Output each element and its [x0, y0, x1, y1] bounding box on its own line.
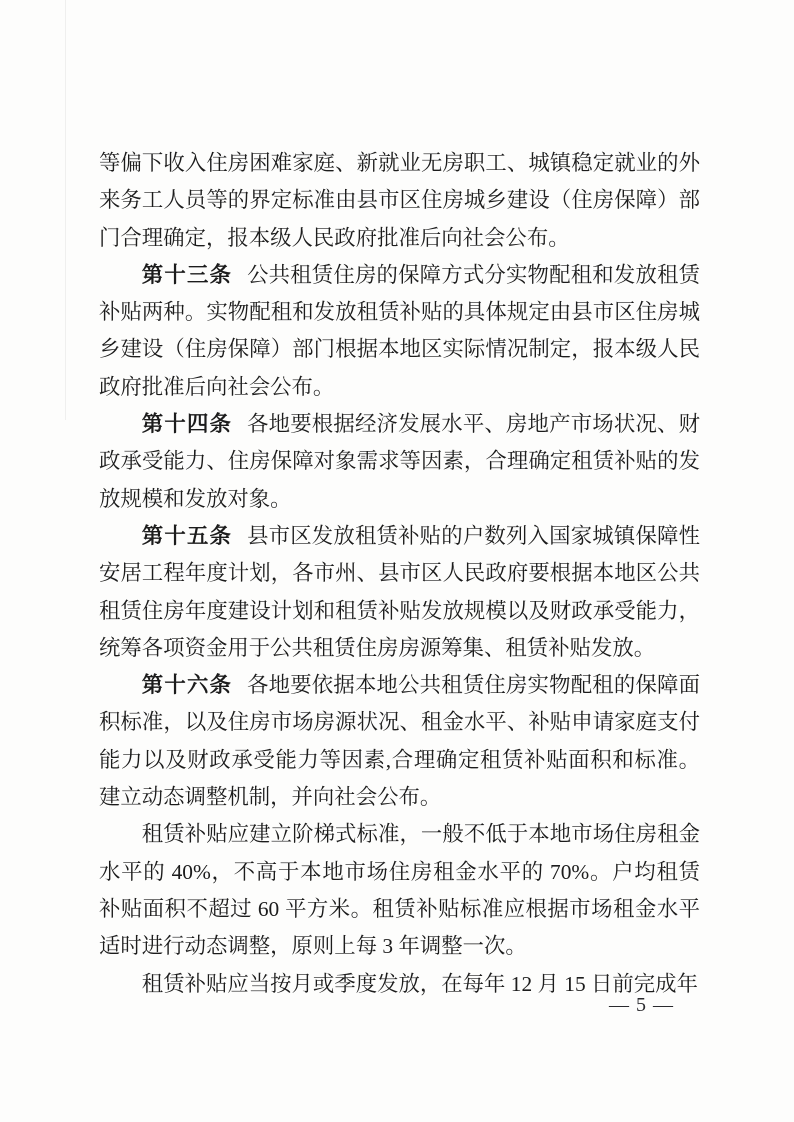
paragraph-text: 租赁补贴应建立阶梯式标准，一般不低于本地市场住房租金水平的 40%，不高于本地市…: [99, 822, 700, 958]
page-number: — 5 —: [609, 994, 674, 1017]
paragraph-continuation: 等偏下收入住房困难家庭、新就业无房职工、城镇稳定就业的外来务工人员等的界定标准由…: [99, 145, 700, 257]
paragraph-article-15: 第十五条县市区发放租赁补贴的户数列入国家城镇保障性安居工程年度计划，各市州、县市…: [99, 518, 700, 667]
document-body: 等偏下收入住房困难家庭、新就业无房职工、城镇稳定就业的外来务工人员等的界定标准由…: [99, 145, 700, 1003]
paragraph-subsidy-standard: 租赁补贴应建立阶梯式标准，一般不低于本地市场住房租金水平的 40%，不高于本地市…: [99, 816, 700, 965]
scan-edge-artifact: [65, 0, 66, 420]
article-16-label: 第十六条: [142, 673, 232, 697]
paragraph-article-13: 第十三条公共租赁住房的保障方式分实物配租和发放租赁补贴两种。实物配租和发放租赁补…: [99, 257, 700, 406]
paragraph-article-16: 第十六条各地要依据本地公共租赁住房实物配租的保障面积标准，以及住房市场房源状况、…: [99, 667, 700, 816]
paragraph-article-14: 第十四条各地要根据经济发展水平、房地产市场状况、财政承受能力、住房保障对象需求等…: [99, 406, 700, 518]
article-14-label: 第十四条: [142, 412, 232, 436]
paragraph-text: 租赁补贴应当按月或季度发放，在每年 12 月 15 日前完成年: [142, 972, 698, 996]
article-15-label: 第十五条: [142, 524, 232, 548]
paragraph-text: 等偏下收入住房困难家庭、新就业无房职工、城镇稳定就业的外来务工人员等的界定标准由…: [99, 151, 700, 250]
article-13-label: 第十三条: [142, 263, 232, 287]
